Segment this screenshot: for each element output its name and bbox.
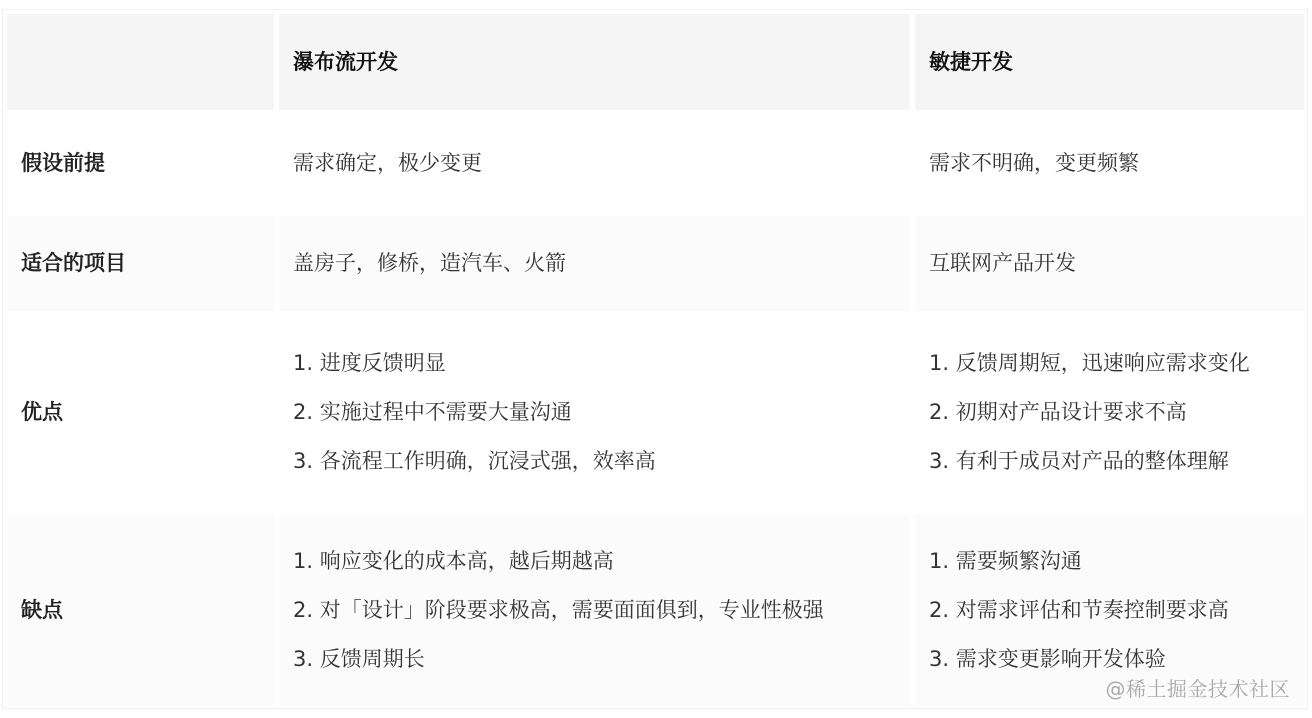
table-row-suitable-projects: 适合的项目 盖房子，修桥，造汽车、火箭 互联网产品开发 bbox=[7, 216, 1304, 311]
list-item: 3. 反馈周期长 bbox=[293, 635, 910, 684]
list-item: 1. 反馈周期短，迅速响应需求变化 bbox=[929, 339, 1304, 388]
table-row-premise: 假设前提 需求确定，极少变更 需求不明确，变更频繁 bbox=[7, 115, 1304, 211]
header-empty-cell bbox=[7, 14, 274, 110]
waterfall-cell: 1. 进度反馈明显 2. 实施过程中不需要大量沟通 3. 各流程工作明确，沉浸式… bbox=[279, 316, 910, 509]
list-item: 1. 进度反馈明显 bbox=[293, 339, 910, 388]
comparison-table-container: 瀑布流开发 敏捷开发 假设前提 需求确定，极少变更 需求不明确，变更频繁 适合的… bbox=[2, 9, 1308, 709]
list-item: 2. 对需求评估和节奏控制要求高 bbox=[929, 586, 1304, 635]
list-item: 3. 各流程工作明确，沉浸式强，效率高 bbox=[293, 437, 910, 486]
cell-text: 盖房子，修桥，造汽车、火箭 bbox=[293, 239, 910, 288]
header-waterfall: 瀑布流开发 bbox=[279, 14, 910, 110]
watermark-text: @稀土掘金技术社区 bbox=[1106, 673, 1291, 702]
list-item: 3. 有利于成员对产品的整体理解 bbox=[929, 437, 1304, 486]
waterfall-cell: 盖房子，修桥，造汽车、火箭 bbox=[279, 216, 910, 311]
agile-cell: 需求不明确，变更频繁 bbox=[915, 115, 1304, 211]
agile-cell: 1. 反馈周期短，迅速响应需求变化 2. 初期对产品设计要求不高 3. 有利于成… bbox=[915, 316, 1304, 509]
agile-cell: 互联网产品开发 bbox=[915, 216, 1304, 311]
cell-text: 需求不明确，变更频繁 bbox=[929, 139, 1304, 188]
comparison-table: 瀑布流开发 敏捷开发 假设前提 需求确定，极少变更 需求不明确，变更频繁 适合的… bbox=[2, 9, 1309, 711]
row-label: 缺点 bbox=[7, 514, 274, 706]
cell-text: 互联网产品开发 bbox=[929, 239, 1304, 288]
waterfall-cell: 需求确定，极少变更 bbox=[279, 115, 910, 211]
header-agile: 敏捷开发 bbox=[915, 14, 1304, 110]
list-item: 1. 响应变化的成本高，越后期越高 bbox=[293, 537, 910, 586]
list-item: 2. 对「设计」阶段要求极高，需要面面俱到，专业性极强 bbox=[293, 586, 910, 635]
row-label: 适合的项目 bbox=[7, 216, 274, 311]
row-label: 优点 bbox=[7, 316, 274, 509]
table-row-pros: 优点 1. 进度反馈明显 2. 实施过程中不需要大量沟通 3. 各流程工作明确，… bbox=[7, 316, 1304, 509]
table-header-row: 瀑布流开发 敏捷开发 bbox=[7, 14, 1304, 110]
list-item: 2. 实施过程中不需要大量沟通 bbox=[293, 388, 910, 437]
cell-text: 需求确定，极少变更 bbox=[293, 139, 910, 188]
list-item: 1. 需要频繁沟通 bbox=[929, 537, 1304, 586]
row-label: 假设前提 bbox=[7, 115, 274, 211]
list-item: 2. 初期对产品设计要求不高 bbox=[929, 388, 1304, 437]
waterfall-cell: 1. 响应变化的成本高，越后期越高 2. 对「设计」阶段要求极高，需要面面俱到，… bbox=[279, 514, 910, 706]
